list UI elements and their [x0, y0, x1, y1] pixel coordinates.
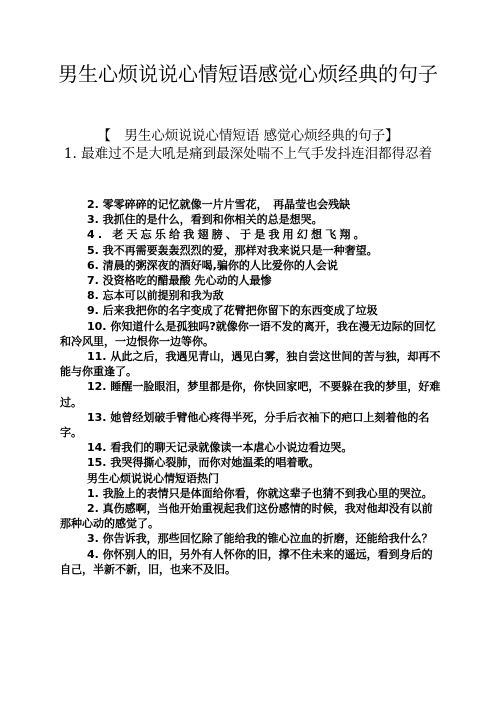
lead-quote: 1. 最难过不是大吼是痛到最深处喘不上气手发抖连泪都得忍着 — [50, 146, 446, 163]
quote-item: 15. 我哭得撕心裂肺，而你对她温柔的唱着歌。 — [60, 455, 442, 470]
quote-item: 2. 零零碎碎的记忆就像一片片雪花， 再晶莹也会残缺 — [60, 197, 442, 212]
quote-item: 13. 她曾经划破手臂他心疼得半死，分手后衣袖下的疤口上刻着他的名字。 — [60, 410, 442, 440]
section-quote-item: 2. 真伤感啊，当他开始重视起我们这份感情的时候，我对他却没有以前那种心动的感觉… — [60, 501, 442, 531]
quote-item: 6. 清晨的粥深夜的酒好喝,骗你的人比爱你的人会说 — [60, 258, 442, 273]
document-title: 男生心烦说说心情短语感觉心烦经典的句子 — [40, 60, 456, 89]
quote-item: 8. 忘本可以前提别和我为敌 — [60, 288, 442, 303]
quote-item: 3. 我抓住的是什么，看到和你相关的总是想哭。 — [60, 212, 442, 227]
quote-item: 10. 你知道什么是孤独吗?就像你一语不发的离开，我在漫无边际的回忆和冷风里，一… — [60, 319, 442, 349]
section-heading: 男生心烦说说心情短语热门 — [60, 471, 442, 486]
quote-item: 11. 从此之后，我遇见青山，遇见白雾，独自尝这世间的苦与独，却再不能与你重逢了… — [60, 349, 442, 379]
section-quote-item: 1. 我脸上的表情只是体面给你看，你就这辈子也猜不到我心里的哭泣。 — [60, 486, 442, 501]
quote-item: 9. 后来我把你的名字变成了花臂把你留下的东西变成了垃圾 — [60, 303, 442, 318]
quote-item: 7. 没资格吃的醋最酸 先心动的人最惨 — [60, 273, 442, 288]
document-body: 2. 零零碎碎的记忆就像一片片雪花， 再晶莹也会残缺 3. 我抓住的是什么，看到… — [60, 197, 442, 577]
quote-item: 4. 老天忘乐给我翅膀、于是我用幻想飞翔。 — [60, 227, 442, 242]
quote-item: 14. 看我们的聊天记录就像读一本虐心小说边看边哭。 — [60, 440, 442, 455]
quote-item: 5. 我不再需要轰轰烈烈的爱，那样对我来说只是一种奢望。 — [60, 243, 442, 258]
section-quote-item: 4. 你怀别人的旧，另外有人怀你的旧，撑不住未来的遥远，看到身后的自己，半新不新… — [60, 547, 442, 577]
document-page: 男生心烦说说心情短语感觉心烦经典的句子 【 男生心烦说说心情短语 感觉心烦经典的… — [0, 0, 496, 702]
section-quote-item: 3. 你告诉我，那些回忆除了能给我的锥心泣血的折磨，还能给我什么？ — [60, 531, 442, 546]
document-subtitle: 【 男生心烦说说心情短语 感觉心烦经典的句子】 — [30, 128, 466, 145]
quote-item: 12. 睡醒一脸眼泪，梦里都是你，你快回家吧，不要躲在我的梦里，好难过。 — [60, 379, 442, 409]
